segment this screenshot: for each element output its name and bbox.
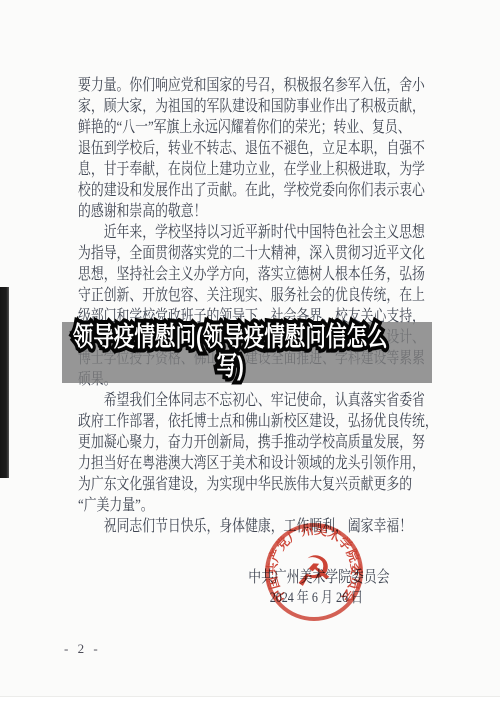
- page-number: - 2 -: [64, 641, 101, 657]
- letter-line: 息，甘于奉献，在岗位上建功立业，在学业上积极进取，为学: [78, 159, 425, 180]
- scanned-letter-page: 要力量。你们响应党和国家的号召，积极报名参军入伍，舍小家，顾大家，为祖国的军队建…: [0, 0, 500, 706]
- letter-line: 近年来，学校坚持以习近平新时代中国特色社会主义思想: [78, 222, 425, 243]
- screenshot-bottom-edge: [0, 696, 500, 706]
- letter-line: 更加凝心聚力，奋力开创新局，携手推动学校高质量发展，努: [78, 432, 425, 453]
- signature-date: 2024 年 6 月 26 日: [78, 588, 425, 609]
- seo-title-banner: 领导疫情慰问(领导疫情慰问信怎么 领导疫情慰问(领导疫情慰问信怎么 写) 写): [62, 322, 432, 383]
- letter-line: 希望我们全体同志不忘初心、牢记使命，认真落实省委省: [78, 390, 425, 411]
- scan-edge-artifact: [0, 287, 9, 478]
- signature: 中共广州美术学院委员会: [78, 567, 425, 588]
- overlay-title-line1-wrap: 领导疫情慰问(领导疫情慰问信怎么 领导疫情慰问(领导疫情慰问信怎么: [63, 323, 397, 352]
- letter-line: “广美力量”。: [78, 495, 425, 516]
- overlay-title-line2: 写): [63, 352, 397, 381]
- overlay-title: 领导疫情慰问(领导疫情慰问信怎么 领导疫情慰问(领导疫情慰问信怎么 写) 写): [63, 323, 397, 381]
- letter-line: 政府工作部署，依托博士点和佛山新校区建设，弘扬优良传统，: [78, 411, 425, 432]
- letter-line: 家，顾大家，为祖国的军队建设和国防事业作出了积极贡献，: [78, 96, 425, 117]
- hammer-sickle-icon: ☭: [295, 547, 333, 596]
- letter-line: 校的建设和发展作出了贡献。在此，学校党委向你们表示衷心: [78, 180, 425, 201]
- party-committee-seal: 中国共产党广州美术学院委员会 ☭: [260, 518, 368, 626]
- letter-line: 为指导，全面贯彻落实党的二十大精神，深入贯彻习近平文化: [78, 243, 425, 264]
- letter-line: 为广东文化强省建设，为实现中华民族伟大复兴贡献更多的: [78, 474, 425, 495]
- letter-line: 的感谢和崇高的敬意！: [78, 201, 425, 222]
- letter-line: 祝同志们节日快乐，身体健康，工作顺利，阖家幸福！: [78, 516, 425, 537]
- overlay-title-line1: 领导疫情慰问(领导疫情慰问信怎么: [63, 323, 397, 352]
- letter-line: 守正创新、开放包容、关注现实、服务社会的优良传统，在上: [78, 285, 425, 306]
- letter-line: 思想，坚持社会主义办学方向，落实立德树人根本任务，弘扬: [78, 264, 425, 285]
- letter-line: 要力量。你们响应党和国家的号召，积极报名参军入伍，舍小: [78, 75, 425, 96]
- letter-line: 退伍到学校后，转业不转志、退伍不褪色，立足本职，自强不: [78, 138, 425, 159]
- letter-line: 力担当好在粤港澳大湾区于美术和设计领域的龙头引领作用，: [78, 453, 425, 474]
- letter-lines: 要力量。你们响应党和国家的号召，积极报名参军入伍，舍小家，顾大家，为祖国的军队建…: [78, 75, 425, 537]
- letter-line: 鲜艳的“八一”军旗上永远闪耀着你们的荣光；转业、复员、: [78, 117, 425, 138]
- overlay-title-line2-wrap: 写) 写): [63, 352, 397, 381]
